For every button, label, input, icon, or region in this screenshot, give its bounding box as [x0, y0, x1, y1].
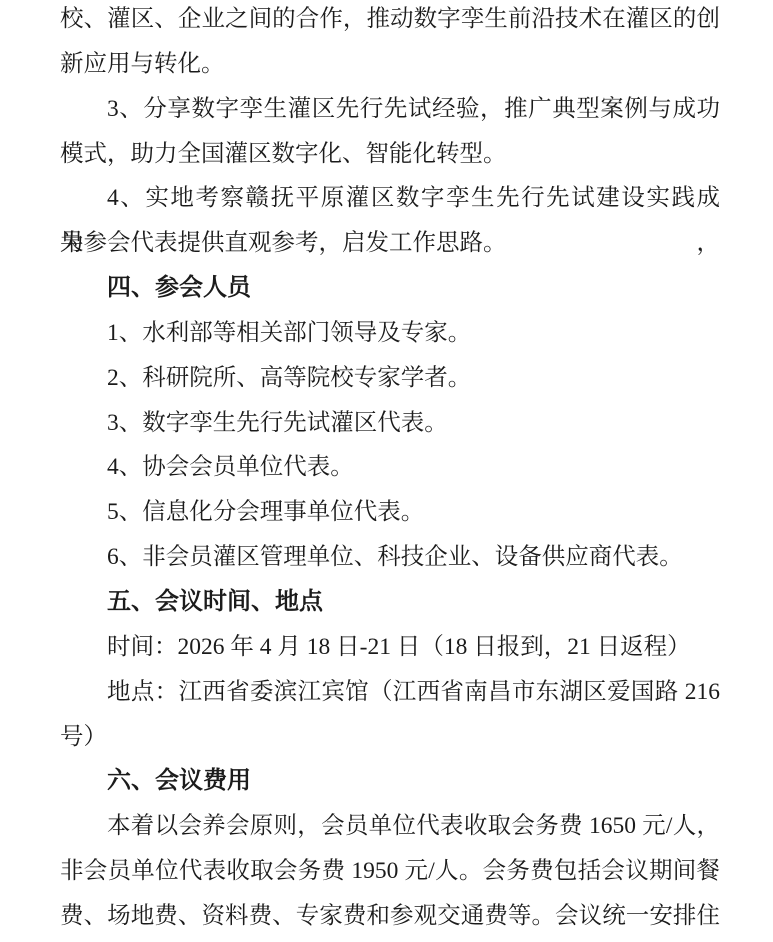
- doc-line: 3、数字孪生先行先试灌区代表。: [60, 401, 720, 446]
- section-heading-time-location: 五、会议时间、地点: [60, 580, 720, 625]
- document-page: 校、灌区、企业之间的合作，推动数字孪生前沿技术在灌区的创 新应用与转化。 3、分…: [0, 0, 773, 942]
- doc-line: 校、灌区、企业之间的合作，推动数字孪生前沿技术在灌区的创: [60, 0, 720, 42]
- doc-line: 4、协会会员单位代表。: [60, 445, 720, 490]
- doc-line: 5、信息化分会理事单位代表。: [60, 490, 720, 535]
- doc-line: 模式，助力全国灌区数字化、智能化转型。: [60, 132, 720, 177]
- section-heading-fees: 六、会议费用: [60, 759, 720, 804]
- doc-line: 新应用与转化。: [60, 42, 720, 87]
- doc-line: 费、场地费、资料费、专家费和参观交通费等。会议统一安排住: [60, 894, 720, 939]
- doc-line: 4、实地考察赣抚平原灌区数字孪生先行先试建设实践成果，: [60, 176, 720, 221]
- document-text-block: 校、灌区、企业之间的合作，推动数字孪生前沿技术在灌区的创 新应用与转化。 3、分…: [60, 0, 720, 939]
- doc-line: 时间：2026 年 4 月 18 日-21 日（18 日报到，21 日返程）: [60, 625, 720, 670]
- doc-line: 号）: [60, 715, 720, 760]
- doc-line: 6、非会员灌区管理单位、科技企业、设备供应商代表。: [60, 535, 720, 580]
- doc-line: 非会员单位代表收取会务费 1950 元/人。会务费包括会议期间餐: [60, 849, 720, 894]
- doc-line: 本着以会养会原则，会员单位代表收取会务费 1650 元/人，: [60, 804, 720, 849]
- doc-line: 地点：江西省委滨江宾馆（江西省南昌市东湖区爱国路 216: [60, 670, 720, 715]
- doc-line: 3、分享数字孪生灌区先行先试经验，推广典型案例与成功: [60, 87, 720, 132]
- doc-line: 2、科研院所、高等院校专家学者。: [60, 356, 720, 401]
- section-heading-participants: 四、参会人员: [60, 266, 720, 311]
- doc-line: 1、水利部等相关部门领导及专家。: [60, 311, 720, 356]
